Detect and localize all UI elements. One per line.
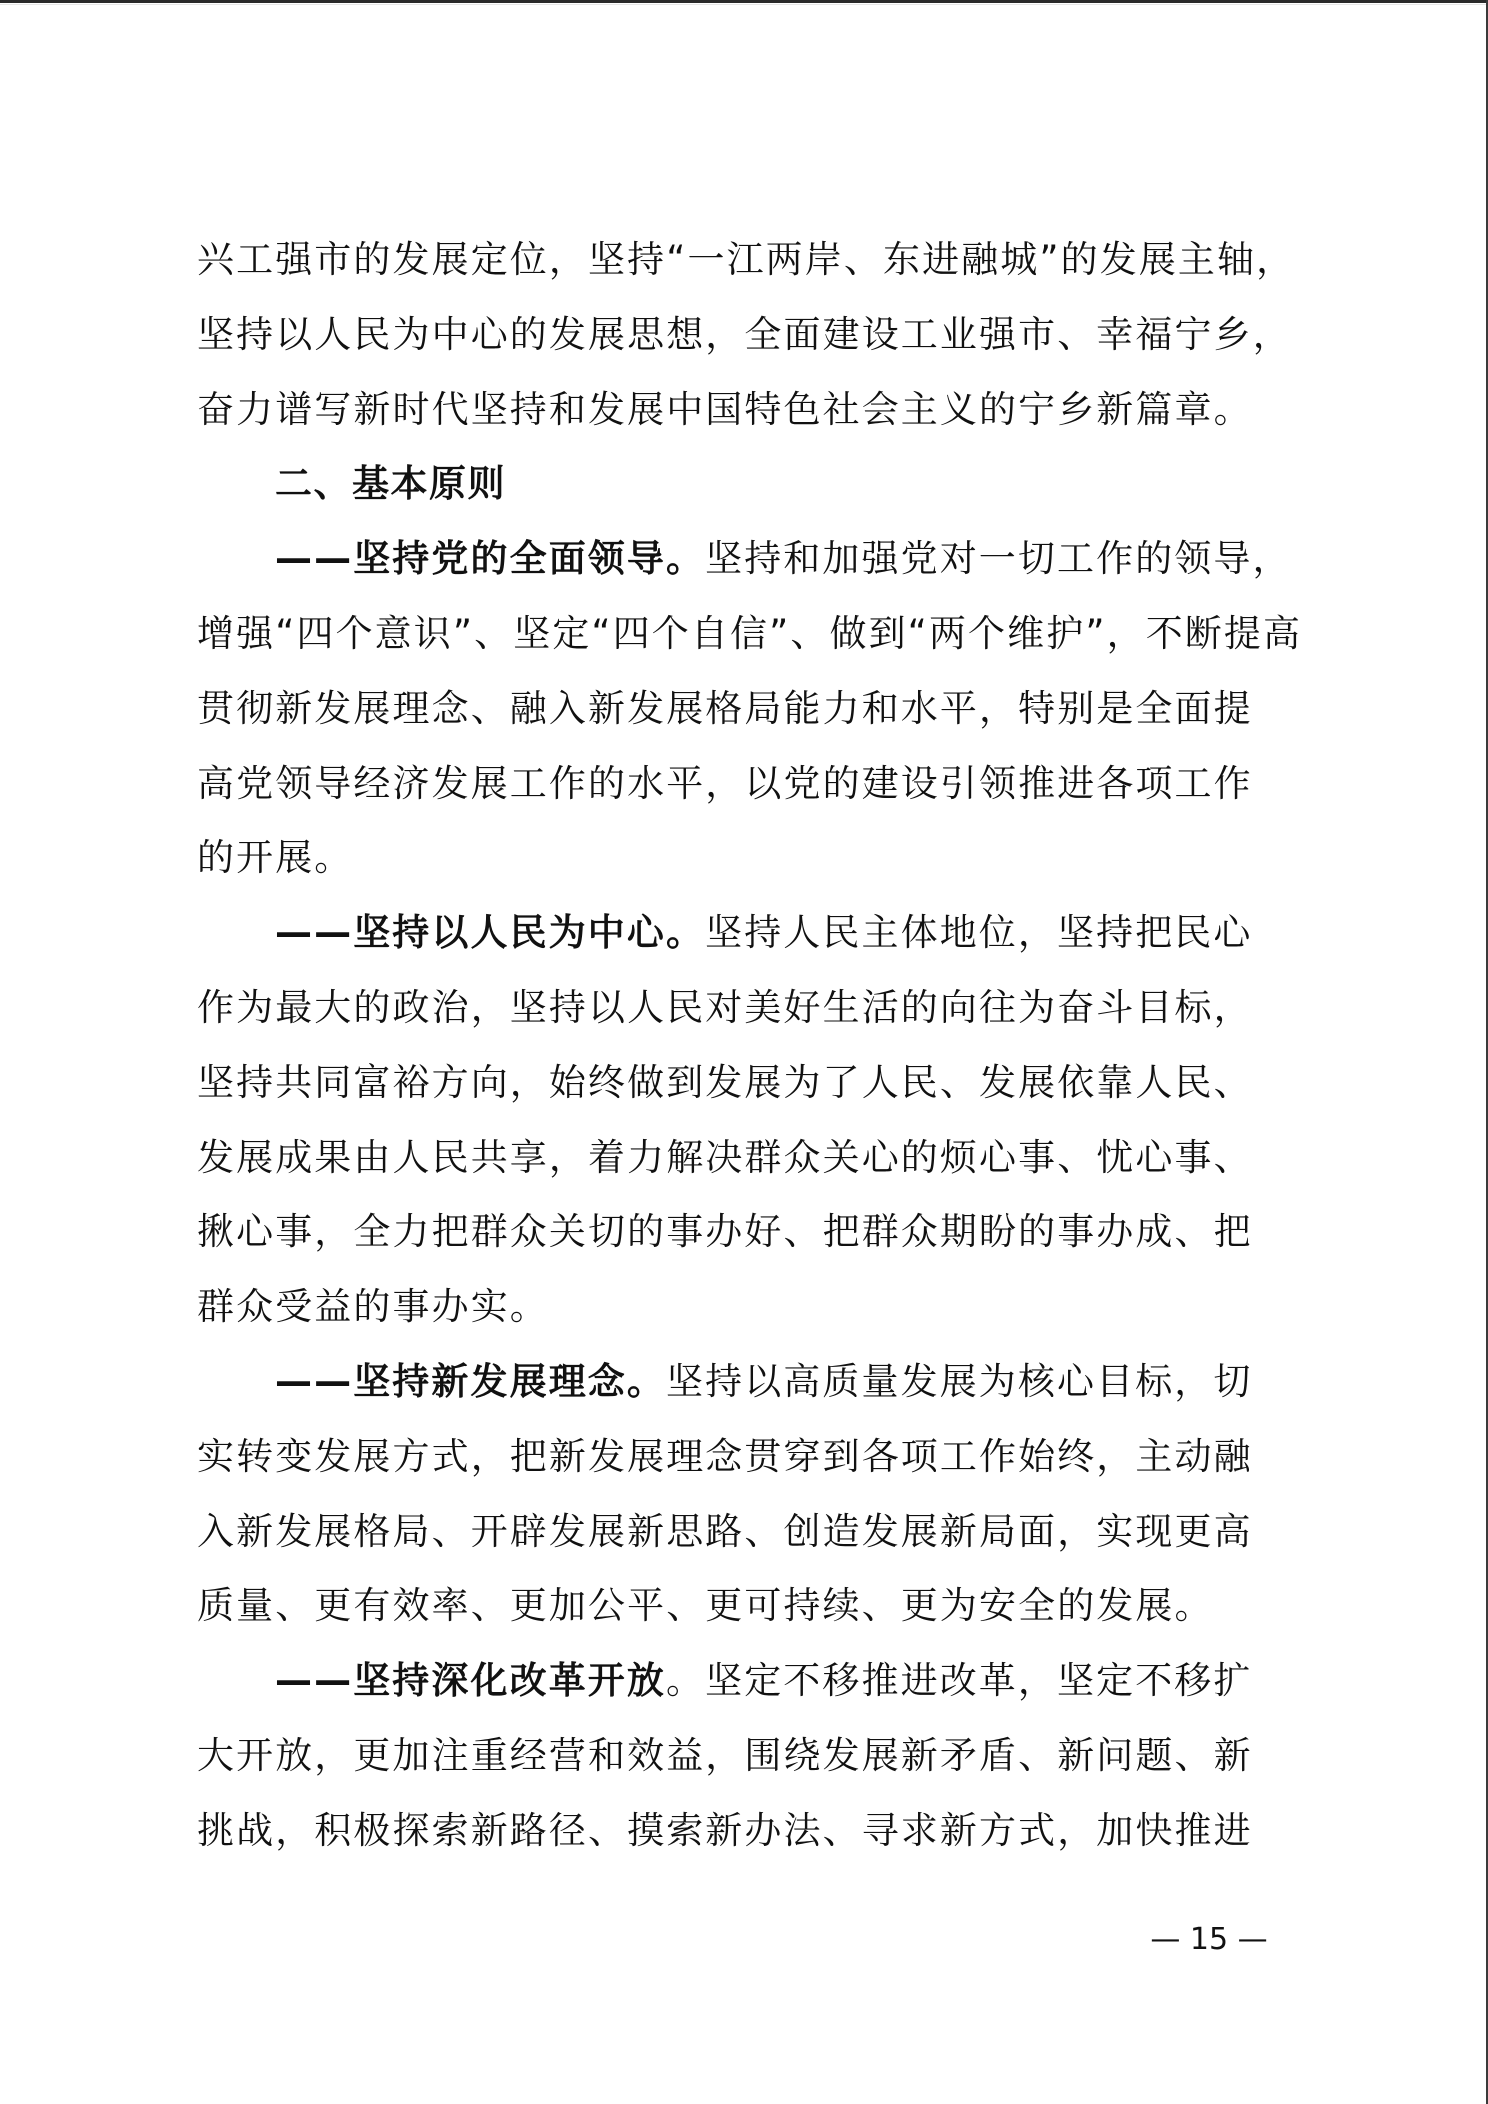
section-heading: 二、基本原则	[197, 447, 1297, 522]
principle-first-line: ——坚持以人民为中心。坚持人民主体地位，坚持把民心	[197, 896, 1297, 971]
intro-line: 奋力谱写新时代坚持和发展中国特色社会主义的宁乡新篇章。	[197, 373, 1297, 448]
document-page: 兴工强市的发展定位，坚持“一江两岸、东进融城”的发展主轴， 坚持以人民为中心的发…	[0, 0, 1488, 2104]
principle-title: ——坚持以人民为中心。	[275, 911, 705, 954]
principle-text: 。坚定不移推进改革，坚定不移扩	[666, 1659, 1253, 1702]
principle-line: 作为最大的政治，坚持以人民对美好生活的向往为奋斗目标，	[197, 971, 1297, 1046]
page-top-border-shadow	[0, 4, 1488, 5]
principle-title: ——坚持新发展理念。	[275, 1360, 666, 1403]
principle-line: 增强“四个意识”、坚定“四个自信”、做到“两个维护”，不断提高	[197, 597, 1297, 672]
principle-text: 坚持人民主体地位，坚持把民心	[705, 911, 1252, 954]
principle-line: 坚持共同富裕方向，始终做到发展为了人民、发展依靠人民、	[197, 1046, 1297, 1121]
principle-line: 高党领导经济发展工作的水平，以党的建设引领推进各项工作	[197, 747, 1297, 822]
principle-first-line: ——坚持新发展理念。坚持以高质量发展为核心目标，切	[197, 1345, 1297, 1420]
principle-line: 挑战，积极探索新路径、摸索新办法、寻求新方式，加快推进	[197, 1794, 1297, 1869]
principle-line: 的开展。	[197, 821, 1297, 896]
principle-title: ——坚持党的全面领导。	[275, 537, 705, 580]
principle-line: 质量、更有效率、更加公平、更可持续、更为安全的发展。	[197, 1569, 1297, 1644]
principle-line: 大开放，更加注重经营和效益，围绕发展新矛盾、新问题、新	[197, 1719, 1297, 1794]
principle-line: 入新发展格局、开辟发展新思路、创造发展新局面，实现更高	[197, 1495, 1297, 1570]
intro-line: 坚持以人民为中心的发展思想，全面建设工业强市、幸福宁乡，	[197, 298, 1297, 373]
principle-title: ——坚持深化改革开放	[275, 1659, 666, 1702]
document-body: 兴工强市的发展定位，坚持“一江两岸、东进融城”的发展主轴， 坚持以人民为中心的发…	[197, 223, 1297, 1869]
page-top-border	[0, 0, 1488, 3]
principle-first-line: ——坚持深化改革开放。坚定不移推进改革，坚定不移扩	[197, 1644, 1297, 1719]
intro-line: 兴工强市的发展定位，坚持“一江两岸、东进融城”的发展主轴，	[197, 223, 1297, 298]
page-number: — 15 —	[1148, 1918, 1270, 1962]
principle-line: 发展成果由人民共享，着力解决群众关心的烦心事、忧心事、	[197, 1121, 1297, 1196]
principle-text: 坚持和加强党对一切工作的领导，	[705, 537, 1292, 580]
principle-line: 揪心事，全力把群众关切的事办好、把群众期盼的事办成、把	[197, 1195, 1297, 1270]
principle-text: 坚持以高质量发展为核心目标，切	[666, 1360, 1253, 1403]
principle-line: 贯彻新发展理念、融入新发展格局能力和水平，特别是全面提	[197, 672, 1297, 747]
principle-line: 群众受益的事办实。	[197, 1270, 1297, 1345]
principle-first-line: ——坚持党的全面领导。坚持和加强党对一切工作的领导，	[197, 522, 1297, 597]
principle-line: 实转变发展方式，把新发展理念贯穿到各项工作始终，主动融	[197, 1420, 1297, 1495]
